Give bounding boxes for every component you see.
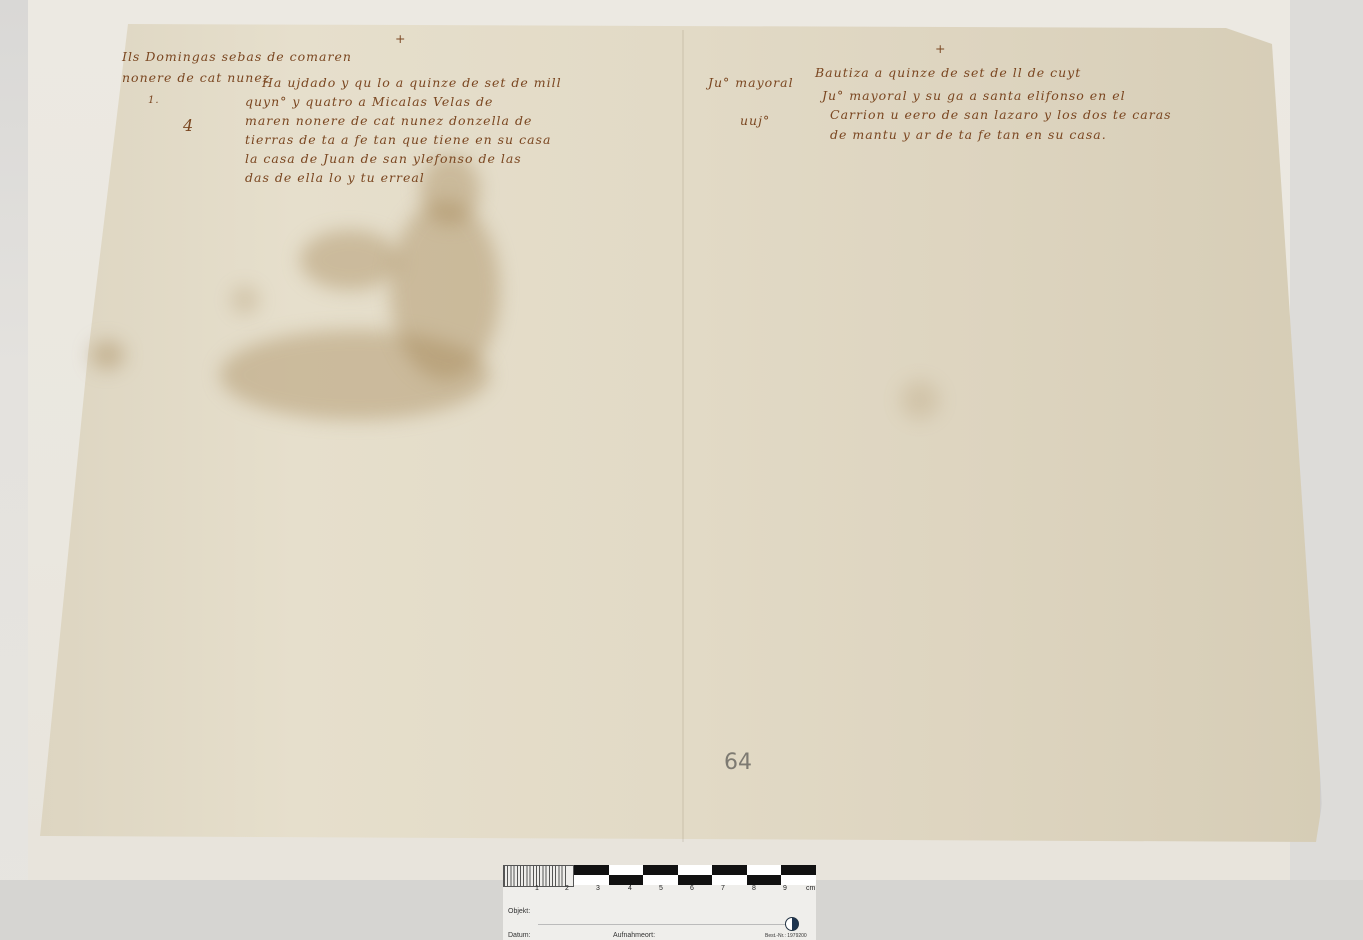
cross-mark: + [935, 38, 946, 59]
header-line: Ils Domingas sebas de comaren [122, 46, 352, 67]
body-line: Carrion u eero de san lazaro y los dos t… [830, 104, 1172, 125]
body-line: das de ella lo y tu erreal [245, 167, 425, 188]
location-label: Aufnahmeort: [613, 932, 655, 939]
header-line: nonere de cat nunez [122, 67, 270, 88]
body-line: tierras de ta a fe tan que tiene en su c… [245, 129, 551, 150]
body-line: Ju° mayoral y su ga a santa elifonso en … [822, 85, 1126, 106]
scale-number: 5 [659, 885, 663, 892]
order-number: Best.-Nr.: 1979200 [765, 933, 807, 939]
object-label: Objekt: [508, 908, 530, 915]
margin-name: Ju° mayoral [708, 72, 794, 93]
cross-mark: + [395, 28, 406, 49]
scale-number: 1 [535, 885, 539, 892]
date-label: Datum: [508, 932, 531, 939]
water-stain [390, 200, 500, 380]
body-line: quyn° y quatro a Micalas Velas de [245, 91, 493, 112]
margin-mark: uuj° [740, 110, 770, 131]
body-line: Ha ujdado y qu lo a quinze de set de mil… [262, 72, 562, 93]
center-fold [682, 30, 684, 842]
object-line [538, 924, 788, 925]
scale-unit: cm [806, 885, 815, 892]
body-line: Bautiza a quinze de set de ll de cuyt [815, 62, 1081, 83]
scale-number: 8 [752, 885, 756, 892]
manuscript-sheet [40, 24, 1320, 844]
water-stain [300, 230, 400, 290]
scale-number: 9 [783, 885, 787, 892]
body-line: la casa de Juan de san ylefonso de las [245, 148, 522, 169]
measurement-scale: 1 2 3 4 5 6 7 8 9 cm Objekt: Datum: Aufn… [503, 865, 816, 940]
margin-mark: 4 [183, 115, 194, 136]
ruler-bar [503, 865, 816, 885]
scale-number: 2 [565, 885, 569, 892]
scale-numbers: 1 2 3 4 5 6 7 8 9 cm [503, 885, 816, 897]
manufacturer-logo-icon [785, 917, 799, 931]
water-stain [230, 285, 260, 315]
body-line: de mantu y ar de ta fe tan en su casa. [830, 124, 1107, 145]
water-stain [900, 380, 940, 420]
scale-number: 6 [690, 885, 694, 892]
scale-number: 7 [721, 885, 725, 892]
scale-number: 4 [628, 885, 632, 892]
margin-mark: 1. [148, 90, 160, 111]
water-stain [90, 340, 125, 370]
folio-number: 64 [724, 750, 752, 775]
scale-number: 3 [596, 885, 600, 892]
body-line: maren nonere de cat nunez donzella de [245, 110, 532, 131]
